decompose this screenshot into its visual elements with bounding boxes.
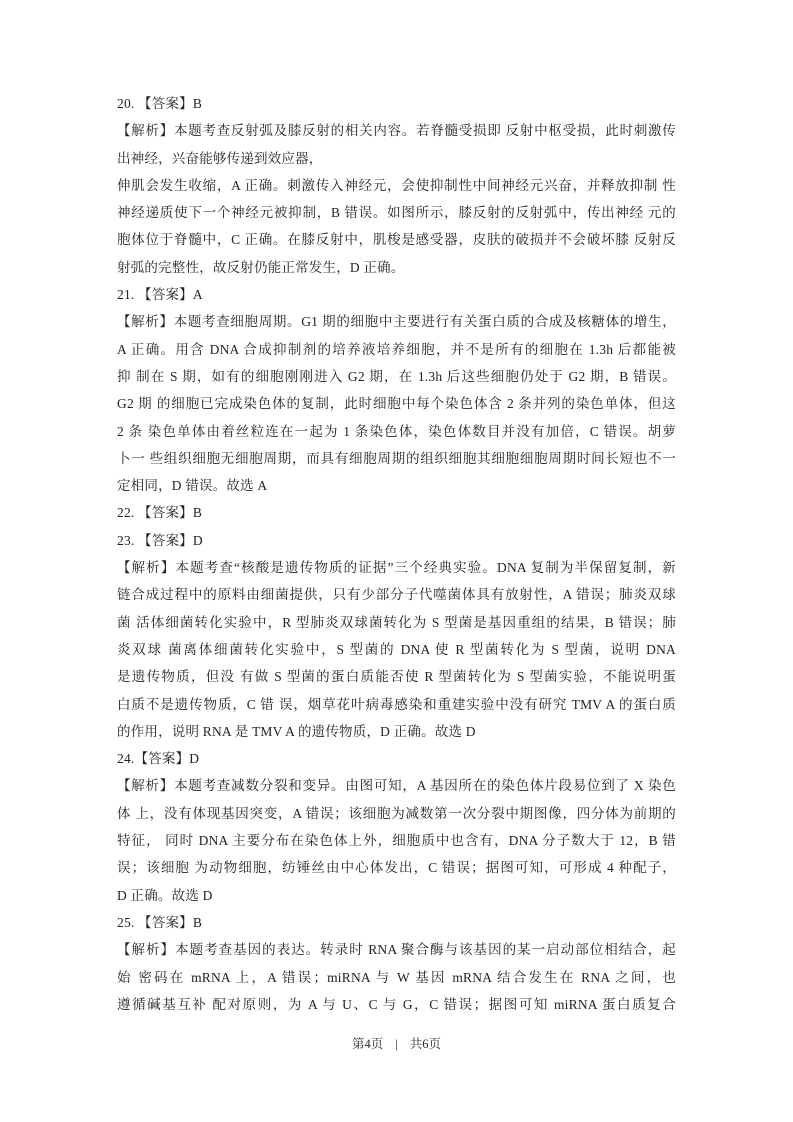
analysis-line: 出神经，兴奋能够传递到效应器， [117,145,676,172]
analysis-line: A 正确。用含 DNA 合成抑制剂的培养液培养细胞，并不是所有的细胞在 1.3h… [117,336,676,363]
analysis-line: 炎双球 菌离体细菌转化实验中，S 型菌的 DNA 使 R 型菌转化为 S 型菌，… [117,636,676,663]
analysis-line: 【解析】本题考查细胞周期。G1 期的细胞中主要进行有关蛋白质的合成及核糖体的增生… [117,308,676,335]
analysis-line: 2 条 染色单体由着丝粒连在一起为 1 条染色体，染色体数目并没有加倍，C 错误… [117,418,676,445]
answer-key-text: 20. 【答案】B 【解析】本题考查反射弧及膝反射的相关内容。若脊髓受损即 反射… [117,90,676,1018]
answer-line-21: 21. 【答案】A [117,281,676,308]
analysis-line: 【解析】本题考查反射弧及膝反射的相关内容。若脊髓受损即 反射中枢受损，此时刺激传 [117,117,676,144]
analysis-line: 神经递质使下一个神经元被抑制，B 错误。如图所示，膝反射的反射弧中，传出神经 元… [117,199,676,226]
analysis-line: 误；该细胞 为动物细胞，纺锤丝由中心体发出，C 错误；据图可知，可形成 4 种配… [117,854,676,881]
footer-separator: | [395,1037,398,1051]
analysis-line: 【解析】本题考查基因的表达。转录时 RNA 聚合酶与该基因的某一启动部位相结合，… [117,936,676,963]
page-footer: 第4页|共6页 [0,1034,793,1054]
analysis-line: 特征， 同时 DNA 主要分布在染色体上外，细胞质中也含有，DNA 分子数大于 … [117,827,676,854]
analysis-line: 始 密码在 mRNA 上，A 错误；miRNA 与 W 基因 mRNA 结合发生… [117,964,676,991]
footer-page-number: 第4页 [352,1037,383,1051]
analysis-line: 菌 活体细菌转化实验中，R 型肺炎双球菌转化为 S 型菌是基因重组的结果，B 错… [117,609,676,636]
analysis-line: 伸肌会发生收缩，A 正确。刺激传入神经元，会使抑制性中间神经元兴奋，并释放抑制 … [117,172,676,199]
analysis-line: 【解析】本题考查减数分裂和变异。由图可知，A 基因所在的染色体片段易位到了 X … [117,772,676,799]
analysis-line: 链合成过程中的原料由细菌提供，只有少部分子代噬菌体具有放射性，A 错误；肺炎双球 [117,581,676,608]
analysis-line: 抑 制在 S 期，如有的细胞刚刚进入 G2 期，在 1.3h 后这些细胞仍处于 … [117,363,676,390]
analysis-line: 的作用，说明 RNA 是 TMV A 的遗传物质，D 正确。故选 D [117,718,676,745]
scanned-answer-page: 20. 【答案】B 【解析】本题考查反射弧及膝反射的相关内容。若脊髓受损即 反射… [0,0,793,1122]
analysis-line: 体 上，没有体现基因突变，A 错误；该细胞为减数第一次分裂中期图像，四分体为前期… [117,800,676,827]
answer-line-23: 23. 【答案】D [117,527,676,554]
analysis-line: 【解析】本题考查“核酸是遗传物质的证据”三个经典实验。DNA 复制为半保留复制，… [117,554,676,581]
answer-line-24: 24.【答案】D [117,745,676,772]
analysis-line: 胞体位于脊髓中，C 正确。在膝反射中，肌梭是感受器，皮肤的破损并不会破坏膝 反射… [117,226,676,253]
analysis-line: 定相同，D 错误。故选 A [117,472,676,499]
analysis-line: 卜一 些组织细胞无细胞周期，而具有细胞周期的组织细胞其细胞细胞周期时间长短也不一 [117,445,676,472]
analysis-line: 射弧的完整性，故反射仍能正常发生，D 正确。 [117,254,676,281]
analysis-line: 白质不是遗传物质，C 错 误，烟草花叶病毒感染和重建实验中没有研究 TMV A … [117,691,676,718]
answer-line-25: 25. 【答案】B [117,909,676,936]
analysis-line: 是遗传物质，但没 有做 S 型菌的蛋白质能否使 R 型菌转化为 S 型菌实验，不… [117,663,676,690]
analysis-line: 遵循碱基互补 配对原则，为 A 与 U、C 与 G，C 错误；据图可知 miRN… [117,991,676,1018]
answer-line-20: 20. 【答案】B [117,90,676,117]
answer-line-22: 22. 【答案】B [117,499,676,526]
analysis-line: D 正确。故选 D [117,882,676,909]
footer-total-pages: 共6页 [410,1037,441,1051]
analysis-line: G2 期 的细胞已完成染色体的复制，此时细胞中每个染色体含 2 条并列的染色单体… [117,390,676,417]
